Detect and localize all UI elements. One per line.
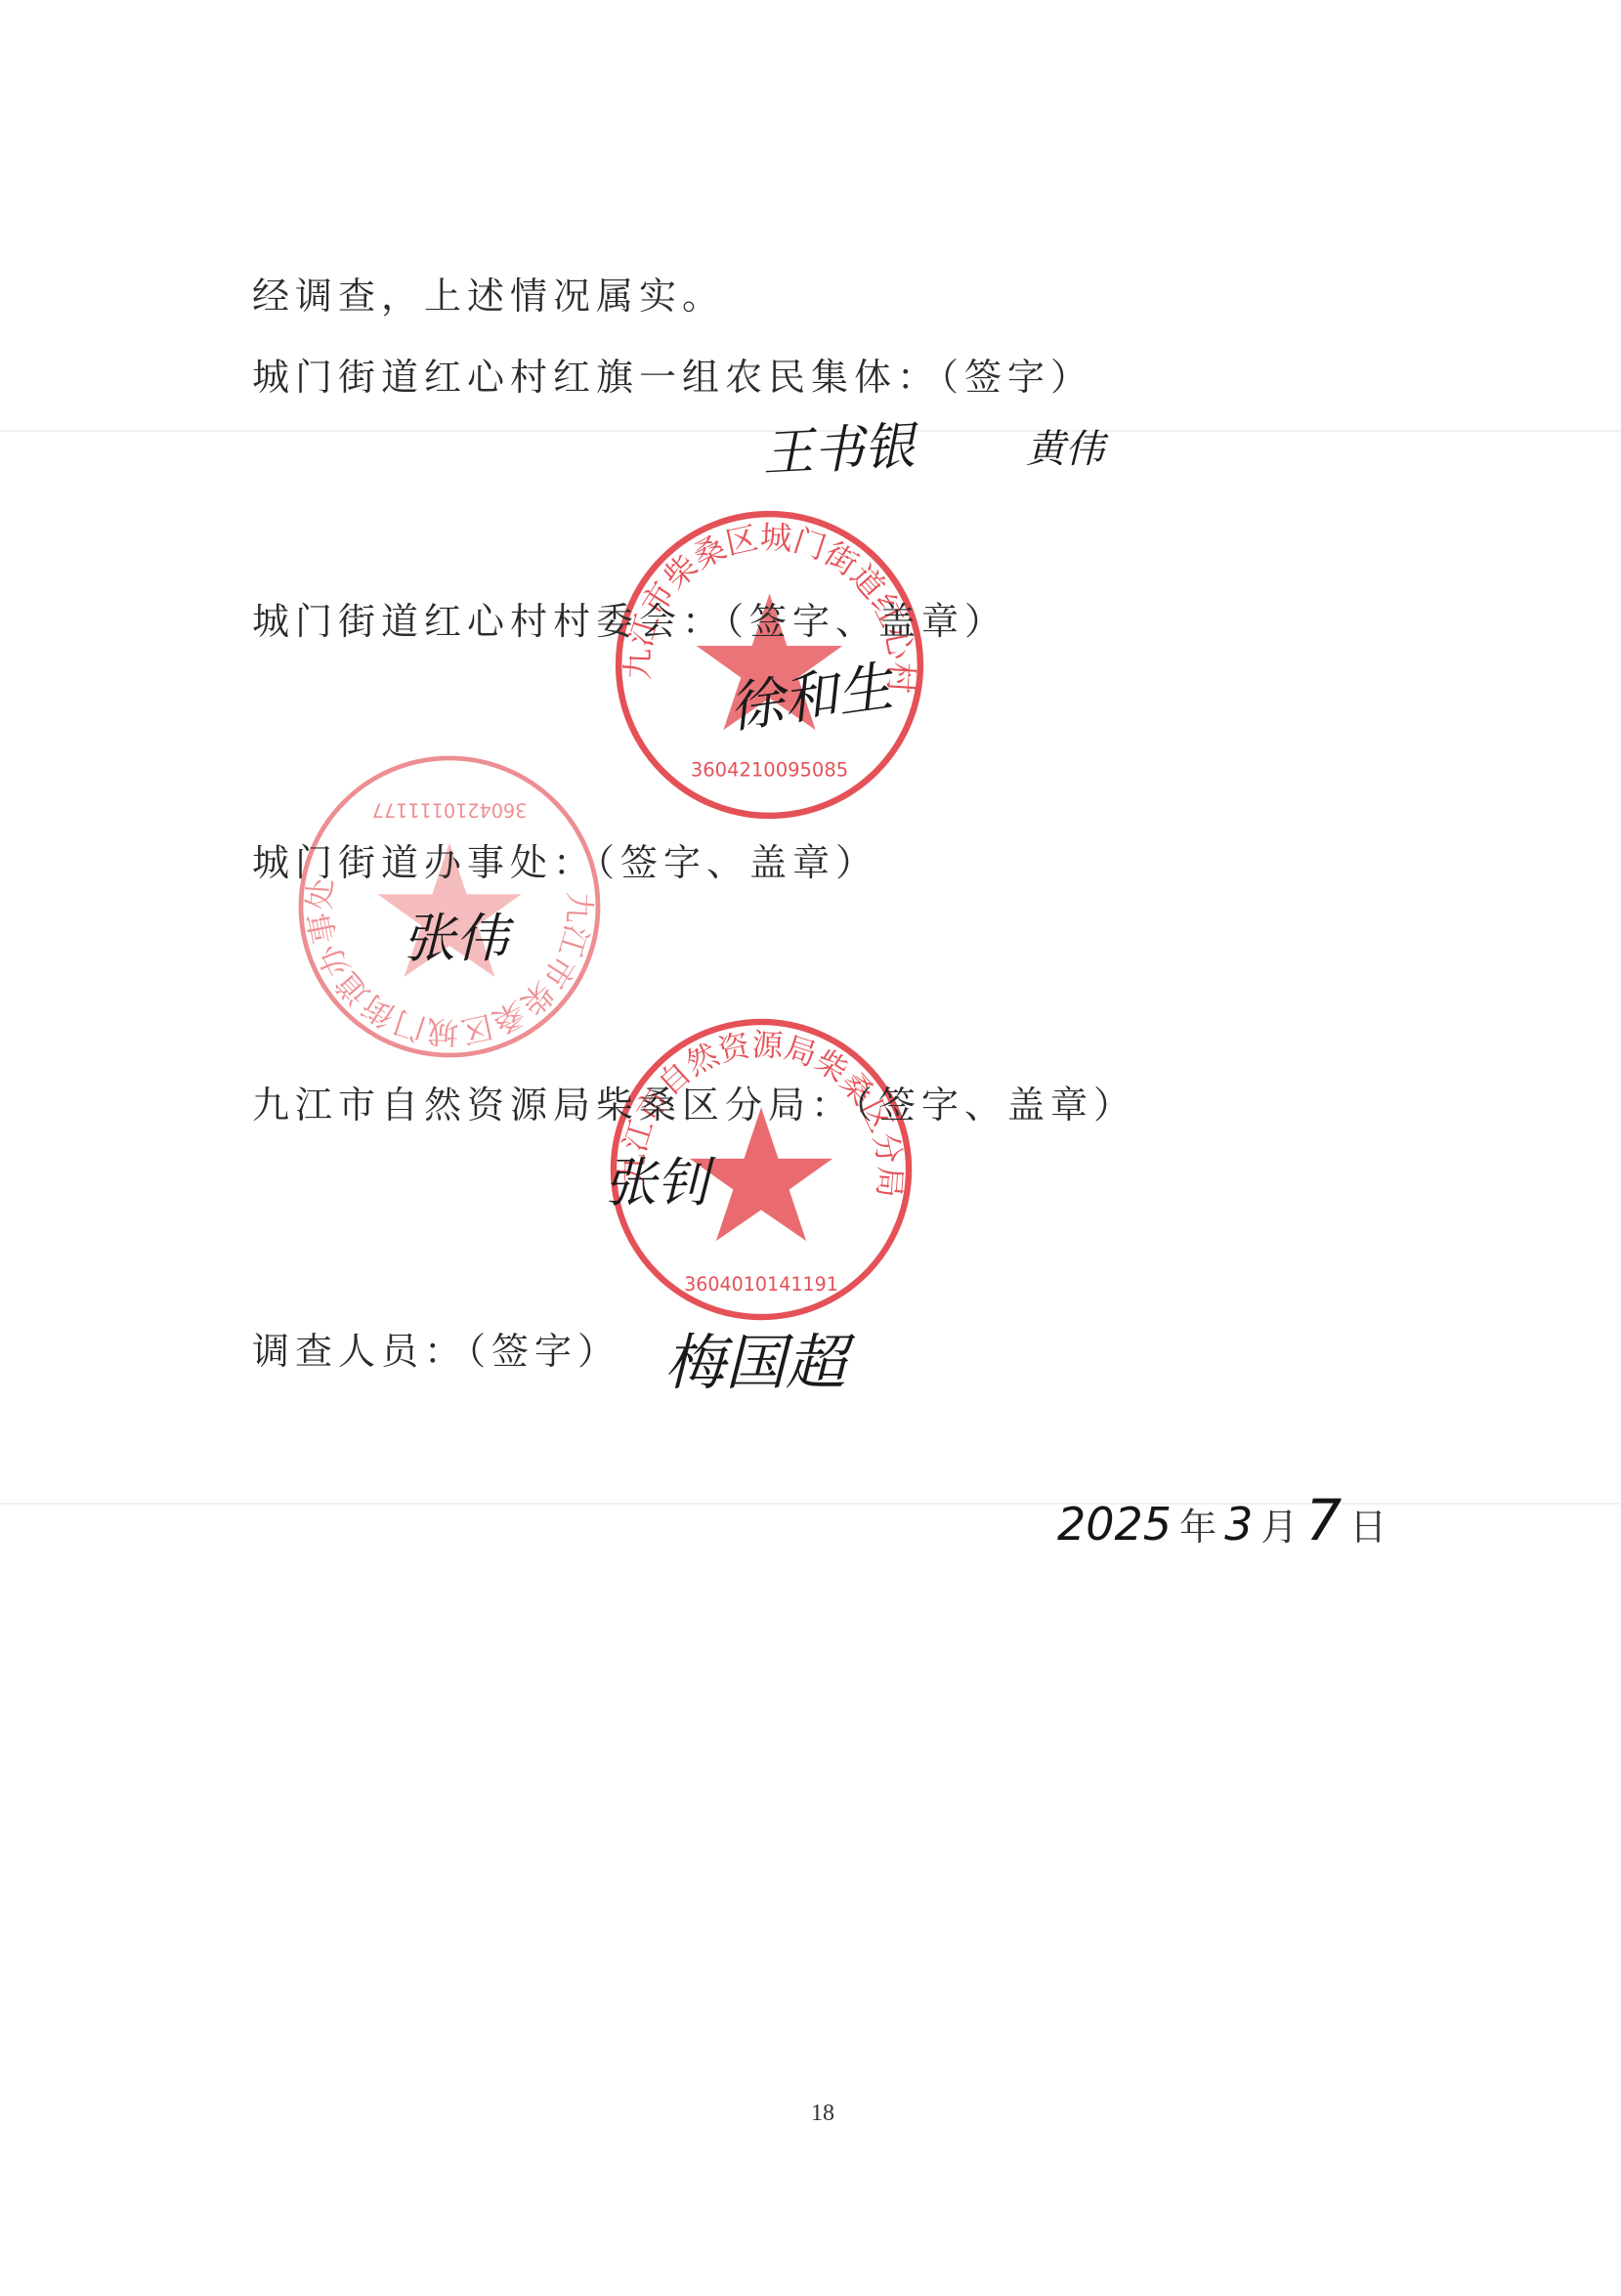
date-day-unit: 日 <box>1349 1506 1386 1549</box>
signature-zhang-zhao: 张钊 <box>604 1141 709 1216</box>
svg-text:3604010141191: 3604010141191 <box>684 1274 838 1296</box>
date-day: 7 <box>1305 1487 1342 1553</box>
signature-huang-wei: 黄伟 <box>1026 418 1104 474</box>
signature-wang-shuyin: 王书银 <box>760 404 917 486</box>
signing-date: 2025年3月7日 <box>1057 1487 1394 1553</box>
statement-text: 经调查，上述情况属实。 <box>252 266 725 319</box>
page-number: 18 <box>811 2101 834 2127</box>
section-label-village-committee: 城门街道红心村村委会：（签字、盖章） <box>252 591 1007 645</box>
date-year: 2025 <box>1057 1498 1172 1551</box>
svg-text:3604210111177: 3604210111177 <box>372 798 528 821</box>
signature-mei-guochao: 梅国超 <box>664 1314 846 1401</box>
section-label-natural-resources-bureau: 九江市自然资源局柴桑区分局：（签字、盖章） <box>252 1075 1136 1128</box>
date-month-unit: 月 <box>1260 1506 1298 1549</box>
section-label-village-group: 城门街道红心村红旗一组农民集体：（签字） <box>252 347 1093 401</box>
date-month: 3 <box>1224 1498 1253 1551</box>
section-label-street-office: 城门街道办事处：（签字、盖章） <box>252 832 878 886</box>
svg-text:3604210095085: 3604210095085 <box>691 758 848 781</box>
section-label-investigator: 调查人员：（签字） <box>252 1321 620 1375</box>
signature-zhang-wei: 张伟 <box>403 897 508 972</box>
date-year-unit: 年 <box>1179 1506 1216 1549</box>
